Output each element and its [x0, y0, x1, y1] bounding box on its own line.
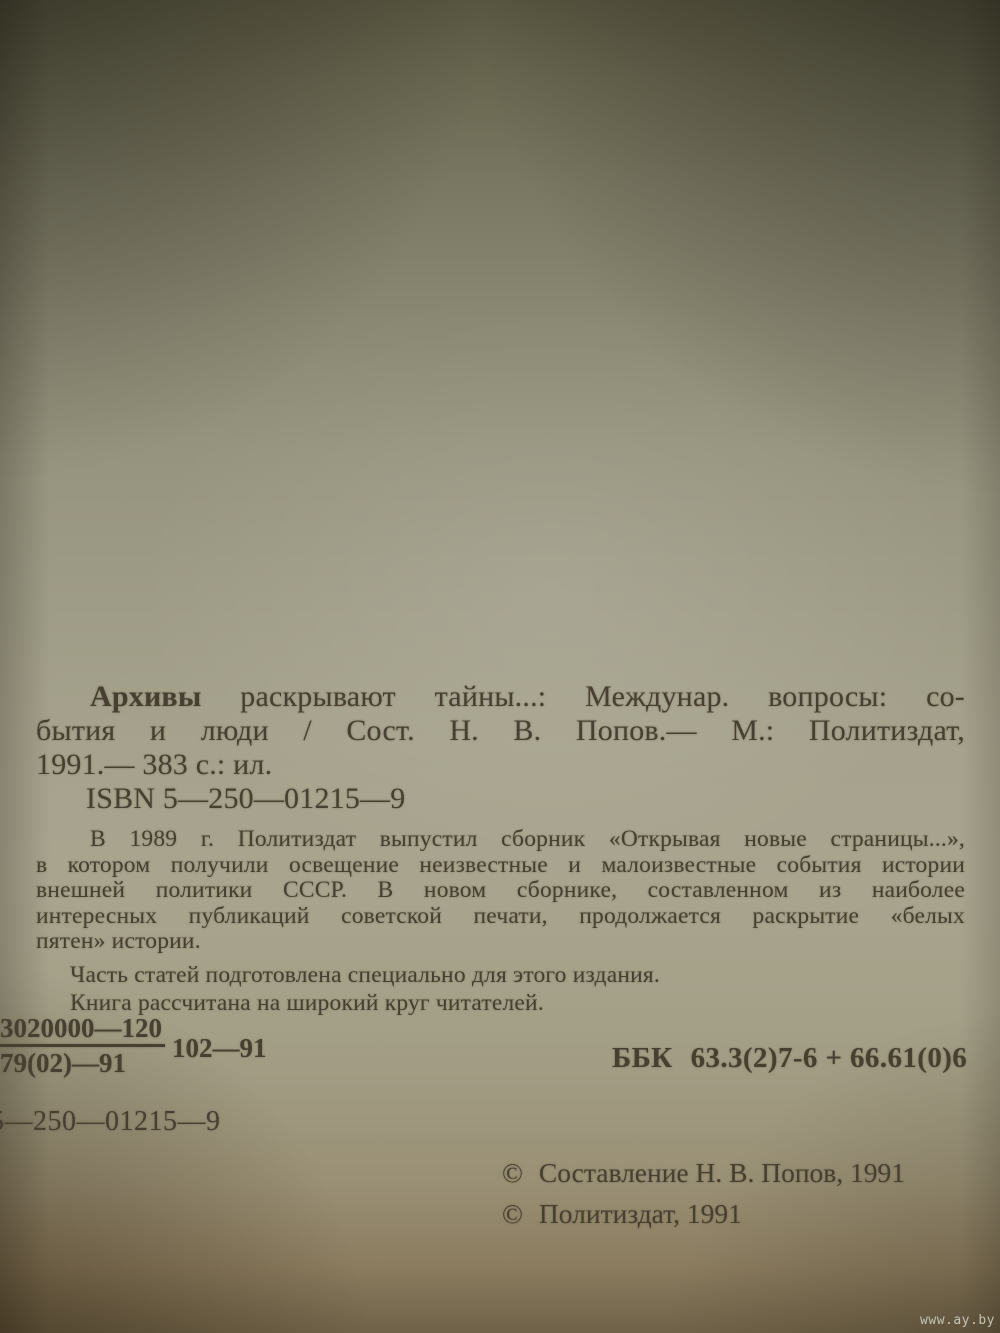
bib-isbn-line: ISBN 5—250—01215—9 [36, 782, 965, 816]
annotation-note-1: Часть статей подготовлена специально для… [36, 963, 965, 989]
copyright-icon: © [502, 1157, 523, 1188]
catalog-order-code: 102—91 [172, 1033, 267, 1064]
bib-line-2: бытия и люди / Сост. Н. В. Попов.— М.: П… [36, 714, 965, 748]
watermark-text: www.ay.by [920, 1313, 995, 1328]
bibliographic-entry: Архивы раскрывают тайны...: Междунар. во… [36, 680, 965, 816]
bbk-value: 63.3(2)7-6 + 66.61(0)6 [691, 1042, 968, 1074]
annotation-line-3: внешней политики СССР. В новом сборнике,… [36, 878, 965, 904]
book-imprint-page-photo: Архивы раскрывают тайны...: Междунар. во… [0, 0, 1000, 1333]
bib-line-1: Архивы раскрывают тайны...: Междунар. во… [36, 680, 965, 714]
catalog-index-fraction: 3020000—120 79(02)—91 [0, 1014, 165, 1078]
copyright-line-1: ©Составление Н. В. Попов, 1991 [502, 1152, 905, 1193]
annotation-line-5: пятен» истории. [36, 929, 965, 955]
bib-title-bold: Архивы [90, 680, 201, 713]
catalog-numerator: 3020000—120 [0, 1014, 165, 1043]
isbn-bottom: 5—250—01215—9 [0, 1106, 221, 1138]
copyright-block: ©Составление Н. В. Попов, 1991 ©Политизд… [502, 1152, 905, 1234]
annotation-paragraph: В 1989 г. Политиздат выпустил сборник «О… [36, 827, 965, 1017]
annotation-line-2: в котором получили освещение неизвестные… [36, 853, 965, 879]
bib-line-3: 1991.— 383 с.: ил. [36, 748, 965, 782]
bbk-classification: ББК63.3(2)7-6 + 66.61(0)6 [612, 1042, 967, 1075]
fraction-rule [0, 1044, 165, 1047]
copyright-line-2-text: Политиздат, 1991 [539, 1198, 742, 1229]
copyright-line-2: ©Политиздат, 1991 [502, 1193, 905, 1234]
annotation-line-4: интересных публикаций советской печати, … [36, 904, 965, 930]
bib-line-1-rest: раскрывают тайны...: Междунар. вопросы: … [240, 680, 965, 713]
copyright-line-1-text: Составление Н. В. Попов, 1991 [539, 1157, 905, 1188]
annotation-line-1: В 1989 г. Политиздат выпустил сборник «О… [36, 827, 965, 853]
copyright-icon: © [502, 1198, 523, 1229]
annotation-note-2: Книга рассчитана на широкий круг читател… [36, 991, 965, 1017]
page-content: Архивы раскрывают тайны...: Междунар. во… [0, 0, 1000, 1333]
catalog-denominator: 79(02)—91 [0, 1049, 165, 1078]
bbk-label: ББК [612, 1042, 673, 1074]
